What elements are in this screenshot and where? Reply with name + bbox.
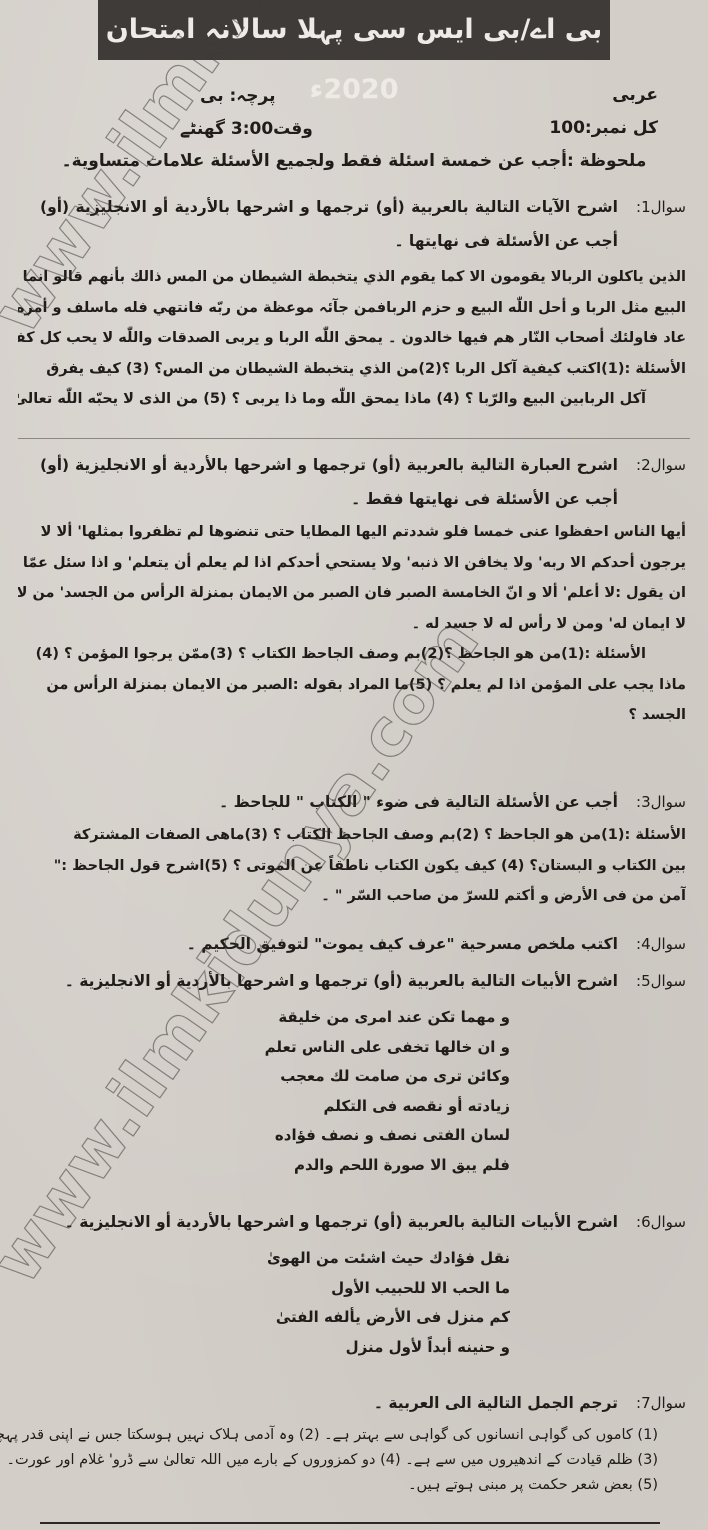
passage-line: أيها الناس احفظوا عنى خمسا فلو شددتم الي… <box>18 517 686 548</box>
question-3-passage: الأسئلة :(1)من هو الجاحظ ؟ (2)بم وصف الج… <box>18 820 686 912</box>
subject-row: عربی پرچہ: بی <box>90 80 658 110</box>
verse-line: نقل فؤادك حيث اشئت من الهوىٰ <box>150 1244 510 1274</box>
question-2-passage: أيها الناس احفظوا عنى خمسا فلو شددتم الي… <box>18 517 686 731</box>
total-marks: کل نمبر:100 <box>549 118 658 138</box>
question-5-verses: و مهما تكن عند امرى من خليقة و ان خالها … <box>150 1003 510 1180</box>
question-instruction: اشرح الآيات التالية بالعربية (أو) ترجمها… <box>40 190 618 258</box>
question-instruction: اشرح الأبيات التالية بالعربية (أو) ترجمه… <box>40 1205 618 1239</box>
question-number: سوال6: <box>618 1205 686 1239</box>
passage-line: ماذا يجب على المؤمن اذا لم يعلم ؟ (5)ما … <box>18 670 686 701</box>
verse-line: زيادته أو نقصه فى التكلم <box>150 1092 510 1122</box>
question-3-header: سوال3: أجب عن الأسئلة التالية فى ضوء " ا… <box>40 785 686 819</box>
section-divider <box>18 438 690 439</box>
verse-line: لسان الفتى نصف و نصف فؤاده <box>150 1121 510 1151</box>
verse-line: وكائن ترى من صامت لك معجب <box>150 1062 510 1092</box>
verse-line: و ان خالها تخفى على الناس تعلم <box>150 1033 510 1063</box>
time-allowed: وقت3:00 گھنٹے <box>180 118 313 139</box>
passage-line: الذين ياكلون الربالا يقومون الا كما يقوم… <box>18 262 686 293</box>
exam-paper-page: بی اے/بی ایس سی پہلا سالانہ امتحان 2020ء… <box>0 0 708 1530</box>
question-7-sentences: (1) کاموں کی گواہی انسانوں کی گواہی سے ب… <box>30 1423 658 1498</box>
question-6-header: سوال6: اشرح الأبيات التالية بالعربية (أو… <box>40 1205 686 1239</box>
question-5-header: سوال5: اشرح الأبيات التالية بالعربية (أو… <box>40 964 686 998</box>
question-number: سوال5: <box>618 964 686 998</box>
verse-line: كم منزل فى الأرض يألفه الفتىٰ <box>150 1303 510 1333</box>
question-instruction: اكتب ملخص مسرحية "عرف كيف يموت" لتوفيق ا… <box>40 927 618 961</box>
subject-label: عربی <box>612 85 658 105</box>
passage-line: الأسئلة :(1)من هو الجاحظ ؟ (2)بم وصف الج… <box>18 820 686 851</box>
question-instruction: اشرح الأبيات التالية بالعربية (أو) ترجمه… <box>40 964 618 998</box>
exam-title-banner: بی اے/بی ایس سی پہلا سالانہ امتحان 2020ء <box>98 0 610 60</box>
question-number: سوال4: <box>618 927 686 961</box>
passage-line: آكل الربابين البيع والرّبا ؟ (4) ماذا يم… <box>18 384 686 415</box>
passage-line: الأسئلة :(1)من هو الجاحظ ؟(2)بم وصف الجا… <box>18 639 686 670</box>
passage-line: يرجون أحدكم الا ربه' ولا يخافن الا ذنبه'… <box>18 548 686 579</box>
question-instruction: اشرح العبارة التالية بالعربية (أو) ترجمه… <box>40 448 618 516</box>
question-1-header: سوال1: اشرح الآيات التالية بالعربية (أو)… <box>40 190 686 258</box>
question-2-header: سوال2: اشرح العبارة التالية بالعربية (أو… <box>40 448 686 516</box>
question-6-verses: نقل فؤادك حيث اشئت من الهوىٰ ما الحب الا… <box>150 1244 510 1362</box>
question-7-header: سوال7: ترجم الجمل التالية الى العربية ۔ <box>40 1386 686 1420</box>
question-instruction: ترجم الجمل التالية الى العربية ۔ <box>40 1386 618 1420</box>
verse-line: و مهما تكن عند امرى من خليقة <box>150 1003 510 1033</box>
passage-line: بين الكتاب و البستان؟ (4) كيف يكون الكتا… <box>18 851 686 882</box>
passage-line: لا ايمان له' ومن لا رأس له لا جسد له ۔ <box>18 609 686 640</box>
passage-line: ان يقول :لا أعلم' ألا و انّ الخامسة الصب… <box>18 578 686 609</box>
passage-line: آمن من فى الأرض و أكتم للسرّ من صاحب الس… <box>18 881 686 912</box>
paper-label: پرچہ: بی <box>200 85 275 106</box>
question-number: سوال3: <box>618 785 686 819</box>
passage-line: البيع مثل الربا و أحل اللّٰه البيع و حزم… <box>18 293 686 324</box>
urdu-sentence-line: (3) ظلم قیادت کے اندھیروں میں سے ہے۔ (4)… <box>30 1448 658 1473</box>
passage-line: عاد فاولئك أصحاب النّار هم فيها خالدون ۔… <box>18 323 686 354</box>
verse-line: فلم يبق الا صورة اللحم والدم <box>150 1151 510 1181</box>
passage-line: الجسد ؟ <box>18 700 686 731</box>
end-divider <box>40 1522 660 1524</box>
verse-line: و حنينه أبداً لأول منزل <box>150 1333 510 1363</box>
marks-time-row: کل نمبر:100 وقت3:00 گھنٹے <box>90 113 658 143</box>
question-number: سوال1: <box>618 190 686 258</box>
question-number: سوال2: <box>618 448 686 516</box>
verse-line: ما الحب الا للحبيب الأول <box>150 1274 510 1304</box>
urdu-sentence-line: (5) بعض شعر حکمت پر مبنی ہوتے ہیں۔ <box>30 1473 658 1498</box>
passage-line: الأسئلة :(1)اكتب كيفية آكل الربا ؟(2)من … <box>18 354 686 385</box>
urdu-sentence-line: (1) کاموں کی گواہی انسانوں کی گواہی سے ب… <box>30 1423 658 1448</box>
question-instruction: أجب عن الأسئلة التالية فى ضوء " الكتاب "… <box>40 785 618 819</box>
question-1-passage: الذين ياكلون الربالا يقومون الا كما يقوم… <box>18 262 686 415</box>
exam-note: ملحوظة :أجب عن خمسة اسئلة فقط ولجميع الأ… <box>40 150 668 171</box>
question-4-header: سوال4: اكتب ملخص مسرحية "عرف كيف يموت" ل… <box>40 927 686 961</box>
question-number: سوال7: <box>618 1386 686 1420</box>
